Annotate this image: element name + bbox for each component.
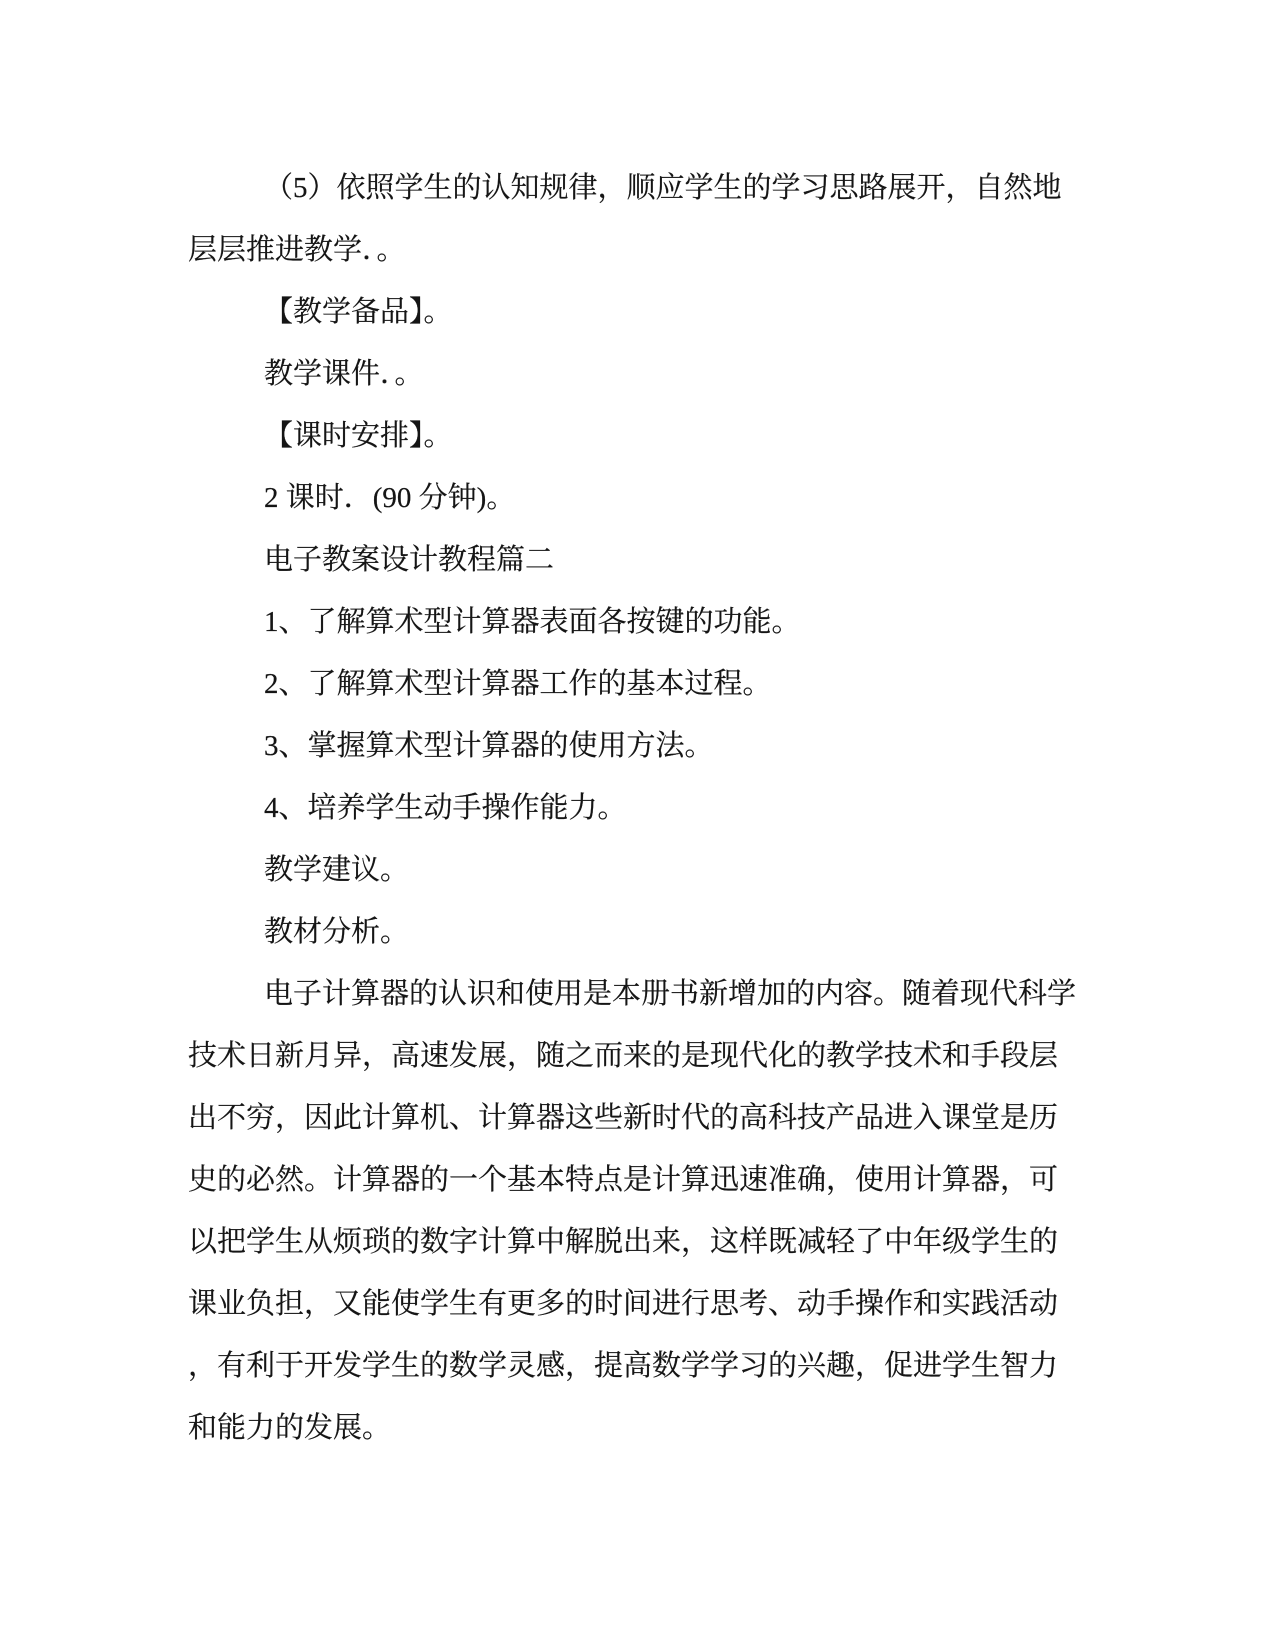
text-line: 以把学生从烦琐的数字计算中解脱出来，这样既减轻了中年级学生的 <box>188 1211 1088 1273</box>
text-line: 层层推进教学．。 <box>188 219 1088 281</box>
text-line: 【课时安排】。 <box>188 405 1088 467</box>
text-line: 和能力的发展。 <box>188 1397 1088 1459</box>
text-line: 3、掌握算术型计算器的使用方法。 <box>188 715 1088 777</box>
text-line: 史的必然。计算器的一个基本特点是计算迅速准确，使用计算器，可 <box>188 1149 1088 1211</box>
text-line: 【教学备品】。 <box>188 281 1088 343</box>
text-line: 出不穷，因此计算机、计算器这些新时代的高科技产品进入课堂是历 <box>188 1087 1088 1149</box>
document-body: （5）依照学生的认知规律，顺应学生的学习思路展开，自然地 层层推进教学．。 【教… <box>188 157 1088 1459</box>
text-line: ，有利于开发学生的数学灵感，提高数学学习的兴趣，促进学生智力 <box>188 1335 1088 1397</box>
text-line: 2、了解算术型计算器工作的基本过程。 <box>188 653 1088 715</box>
text-line: 课业负担，又能使学生有更多的时间进行思考、动手操作和实践活动 <box>188 1273 1088 1335</box>
document-page: （5）依照学生的认知规律，顺应学生的学习思路展开，自然地 层层推进教学．。 【教… <box>0 0 1275 1650</box>
text-line: 教学建议。 <box>188 839 1088 901</box>
text-line: 电子教案设计教程篇二 <box>188 529 1088 591</box>
text-line: 4、培养学生动手操作能力。 <box>188 777 1088 839</box>
text-line: 技术日新月异，高速发展，随之而来的是现代化的教学技术和手段层 <box>188 1025 1088 1087</box>
text-line: （5）依照学生的认知规律，顺应学生的学习思路展开，自然地 <box>188 157 1088 219</box>
text-line: 2 课时．(90 分钟)。 <box>188 467 1088 529</box>
text-line: 教学课件．。 <box>188 343 1088 405</box>
text-line: 1、了解算术型计算器表面各按键的功能。 <box>188 591 1088 653</box>
text-line: 电子计算器的认识和使用是本册书新增加的内容。随着现代科学 <box>188 963 1088 1025</box>
text-line: 教材分析。 <box>188 901 1088 963</box>
